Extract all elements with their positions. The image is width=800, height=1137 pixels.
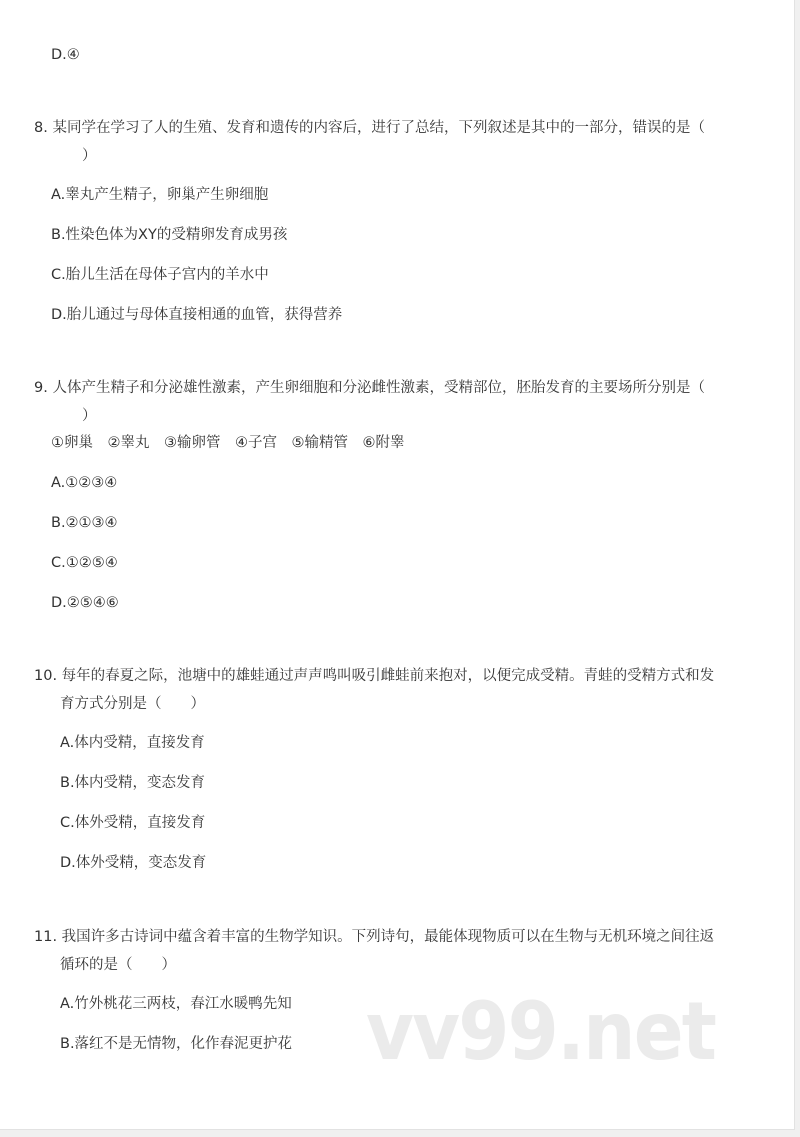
question-stem: 8. 某同学在学习了人的生殖、发育和遗传的内容后，进行了总结，下列叙述是其中的一…	[34, 118, 705, 138]
question-stem-line2: 育方式分别是（ ）	[60, 694, 205, 714]
option-c[interactable]: C.体外受精，直接发育	[60, 813, 205, 833]
question-number: 11.	[34, 927, 57, 947]
question-stem-line1: 人体产生精子和分泌雄性激素，产生卵细胞和分泌雌性激素，受精部位，胚胎发育的主要场…	[52, 380, 705, 396]
question-number: 10.	[34, 666, 57, 686]
option-d[interactable]: D.②⑤④⑥	[51, 593, 119, 613]
option-c[interactable]: C.①②⑤④	[51, 553, 118, 573]
option-a[interactable]: A.体内受精，直接发育	[60, 733, 205, 753]
option-d[interactable]: D.体外受精，变态发育	[60, 853, 206, 873]
question-stem: 11. 我国许多古诗词中蕴含着丰富的生物学知识。下列诗句，最能体现物质可以在生物…	[34, 927, 714, 947]
question-stem-line2: ）	[82, 406, 97, 426]
question-stem: 10. 每年的春夏之际，池塘中的雄蛙通过声声鸣叫吸引雌蛙前来抱对，以便完成受精。…	[34, 666, 714, 686]
option-b[interactable]: B.性染色体为XY的受精卵发育成男孩	[51, 225, 287, 245]
option-b[interactable]: B.②①③④	[51, 513, 118, 533]
option-b[interactable]: B.落红不是无情物，化作春泥更护花	[60, 1034, 292, 1054]
question-stem-line2: ）	[82, 146, 97, 166]
document-page: D.④ 8. 某同学在学习了人的生殖、发育和遗传的内容后，进行了总结，下列叙述是…	[0, 0, 795, 1130]
question-stem-line1: 每年的春夏之际，池塘中的雄蛙通过声声鸣叫吸引雌蛙前来抱对，以便完成受精。青蛙的受…	[62, 668, 715, 684]
question-stem: 9. 人体产生精子和分泌雄性激素，产生卵细胞和分泌雌性激素，受精部位，胚胎发育的…	[34, 378, 705, 398]
option-d[interactable]: D.胎儿通过与母体直接相通的血管，获得营养	[51, 305, 342, 325]
prev-option-d: D.④	[51, 45, 80, 65]
question-number: 9.	[34, 378, 48, 398]
option-a[interactable]: A.①②③④	[51, 473, 117, 493]
watermark: vv99.net	[366, 992, 715, 1072]
question-stem-line1: 某同学在学习了人的生殖、发育和遗传的内容后，进行了总结，下列叙述是其中的一部分，…	[52, 120, 705, 136]
option-a[interactable]: A.竹外桃花三两枝，春江水暖鸭先知	[60, 994, 292, 1014]
option-a[interactable]: A.睾丸产生精子，卵巢产生卵细胞	[51, 185, 268, 205]
question-items: ①卵巢 ②睾丸 ③输卵管 ④子宫 ⑤输精管 ⑥附睾	[51, 433, 405, 453]
question-number: 8.	[34, 118, 48, 138]
question-stem-line2: 循环的是（ ）	[60, 955, 176, 975]
question-stem-line1: 我国许多古诗词中蕴含着丰富的生物学知识。下列诗句，最能体现物质可以在生物与无机环…	[62, 929, 715, 945]
option-c[interactable]: C.胎儿生活在母体子宫内的羊水中	[51, 265, 269, 285]
option-b[interactable]: B.体内受精，变态发育	[60, 773, 205, 793]
